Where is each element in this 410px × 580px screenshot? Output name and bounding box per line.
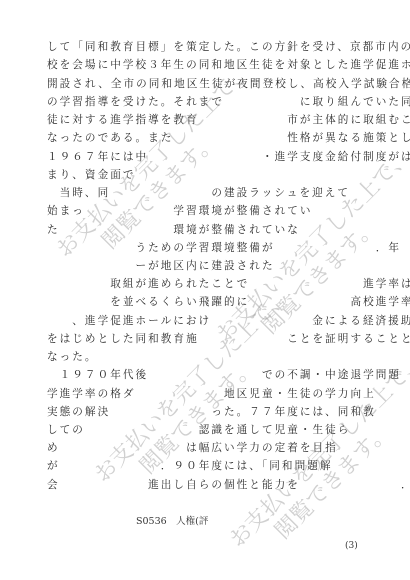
text-line: 校を会場に中学校３年生の同和地区生徒を対象とした進学促進ホールが (47, 57, 367, 73)
text-line: の学習指導を受けた。それまで に取り組んでいた同和地区生 (47, 94, 367, 110)
text-line: が ．９０年度には、「同和問題解 (47, 458, 367, 474)
text-line: 当時、同 の建設ラッシュを迎えて (47, 185, 367, 201)
text-line: 実態の解決 った。７７年度には、同和教 (47, 404, 367, 420)
text-line: なったのである。また 性格が異なる施策として、 (47, 130, 367, 146)
text-line: た 環境が整備されていな (47, 222, 367, 238)
text-line: 取組が進められたことで 進学率は全 (47, 276, 367, 292)
text-line: しての 認識を通して児童・生徒ら (47, 422, 367, 438)
document-code: S0536 人権(評 (136, 513, 208, 527)
text-line: をはじめとした同和教育施 ことを証明することと (47, 331, 367, 347)
document-page: して「同和教育目標」を策定した。この方針を受け、京都市内の２中学 校を会場に中学… (0, 0, 410, 580)
text-line: を並べるくらい飛躍的に 高校進学率の (47, 294, 367, 310)
text-line: ーが地区内に建設された (47, 258, 367, 274)
text-line: １９６７年には中 ・進学支度金給付制度がはじ (47, 149, 367, 165)
text-line: め は幅広い学力の定着を目指 (47, 440, 367, 456)
text-line: 開設され、全市の同和地区生徒が夜間登校し、高校入学試験合格のため (47, 76, 367, 92)
text-line: まり、資金面で (47, 167, 367, 183)
text-line: なった。 (47, 349, 367, 365)
page-number: (3) (345, 541, 358, 551)
text-line: して「同和教育目標」を策定した。この方針を受け、京都市内の２中学 (47, 39, 367, 55)
text-line: 、進学促進ホールにおけ 金による経済援助 (47, 313, 367, 329)
text-line: 始まっ 学習環境が整備されてい (47, 203, 367, 219)
text-line: 会 進出し自らの個性と能力を ．築く (47, 477, 367, 493)
text-line: １９７０年代後 での不調・中途退学問題 (47, 367, 367, 383)
text-line: 徒に対する進学指導を教育 市が主体的に取組むことに (47, 112, 367, 128)
text-line: 学進学率の格ダ 地区児童・生徒の学力向上 (47, 386, 367, 402)
text-line: うための学習環境整備が ．年 (47, 240, 367, 256)
